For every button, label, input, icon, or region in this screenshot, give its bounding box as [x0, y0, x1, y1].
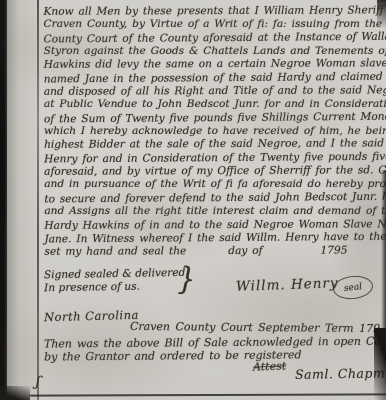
state-heading: North Carolina — [44, 308, 139, 324]
manuscript-page: Know all Men by these presents that I Wi… — [0, 0, 386, 400]
signed-sealed-line: Signed sealed & delivered — [44, 267, 186, 282]
manuscript-line: Henry for and in Consideration of the Tw… — [44, 150, 386, 166]
date-line-year: 1795 — [321, 245, 348, 257]
acknowledgement-line: by the Grantor and ordered to be registe… — [44, 348, 386, 364]
manuscript-line: Styron against the Goods & Chattels Land… — [44, 45, 386, 58]
deed-body-text: Know all Men by these presents that I Wi… — [43, 4, 386, 259]
margin-mark: ʃ — [35, 374, 41, 390]
date-line-text: set my hand and seal the — [44, 245, 186, 258]
sheriff-signature: Willm. Henry — [236, 275, 339, 295]
acknowledgement-block: Then was the above Bill of Sale acknowle… — [44, 335, 386, 363]
binding-smudge-top-right — [377, 0, 386, 34]
manuscript-line: Know all Men by these presents that I Wi… — [43, 4, 386, 19]
manuscript-line: at Public Vendue to John Bedscot Junr. f… — [44, 98, 386, 111]
attest-label: Attest — [253, 359, 287, 373]
manuscript-line: and disposed of all his Right and Title … — [44, 84, 386, 99]
manuscript-line: named Jane in the possession of the said… — [44, 70, 386, 86]
binding-edge-right — [381, 170, 386, 340]
manuscript-line: which I hereby acknowledge to have recei… — [44, 125, 386, 138]
clerk-signature: Saml. Chapman — [295, 365, 386, 382]
manuscript-line-date: set my hand and seal theday of1795 — [44, 244, 386, 259]
presence-line: In presence of us. — [44, 280, 186, 295]
bottom-rule-line — [30, 393, 386, 396]
seal-label: seal — [343, 282, 362, 294]
witness-block: Signed sealed & delivered In presence of… — [44, 267, 186, 295]
manuscript-line: Jane. In Witness whereof I the said Will… — [44, 230, 386, 246]
binding-edge-left — [0, 0, 7, 400]
manuscript-line: and Assigns all the right title interest… — [44, 205, 386, 218]
witness-brace: } — [177, 261, 196, 298]
manuscript-line: and in pursuance of the Writ of fi fa af… — [44, 178, 386, 191]
binding-corner-bottom-left — [0, 386, 30, 400]
book-gutter — [7, 0, 37, 400]
margin-rule-line — [37, 0, 39, 400]
manuscript-line: Craven County, by Virtue of a Writ of fi… — [44, 18, 386, 31]
court-term-line: Craven County Court September Term 179 — [130, 320, 380, 335]
date-line-dayof: day of — [228, 245, 262, 257]
binding-corner-bottom-right — [374, 328, 386, 400]
